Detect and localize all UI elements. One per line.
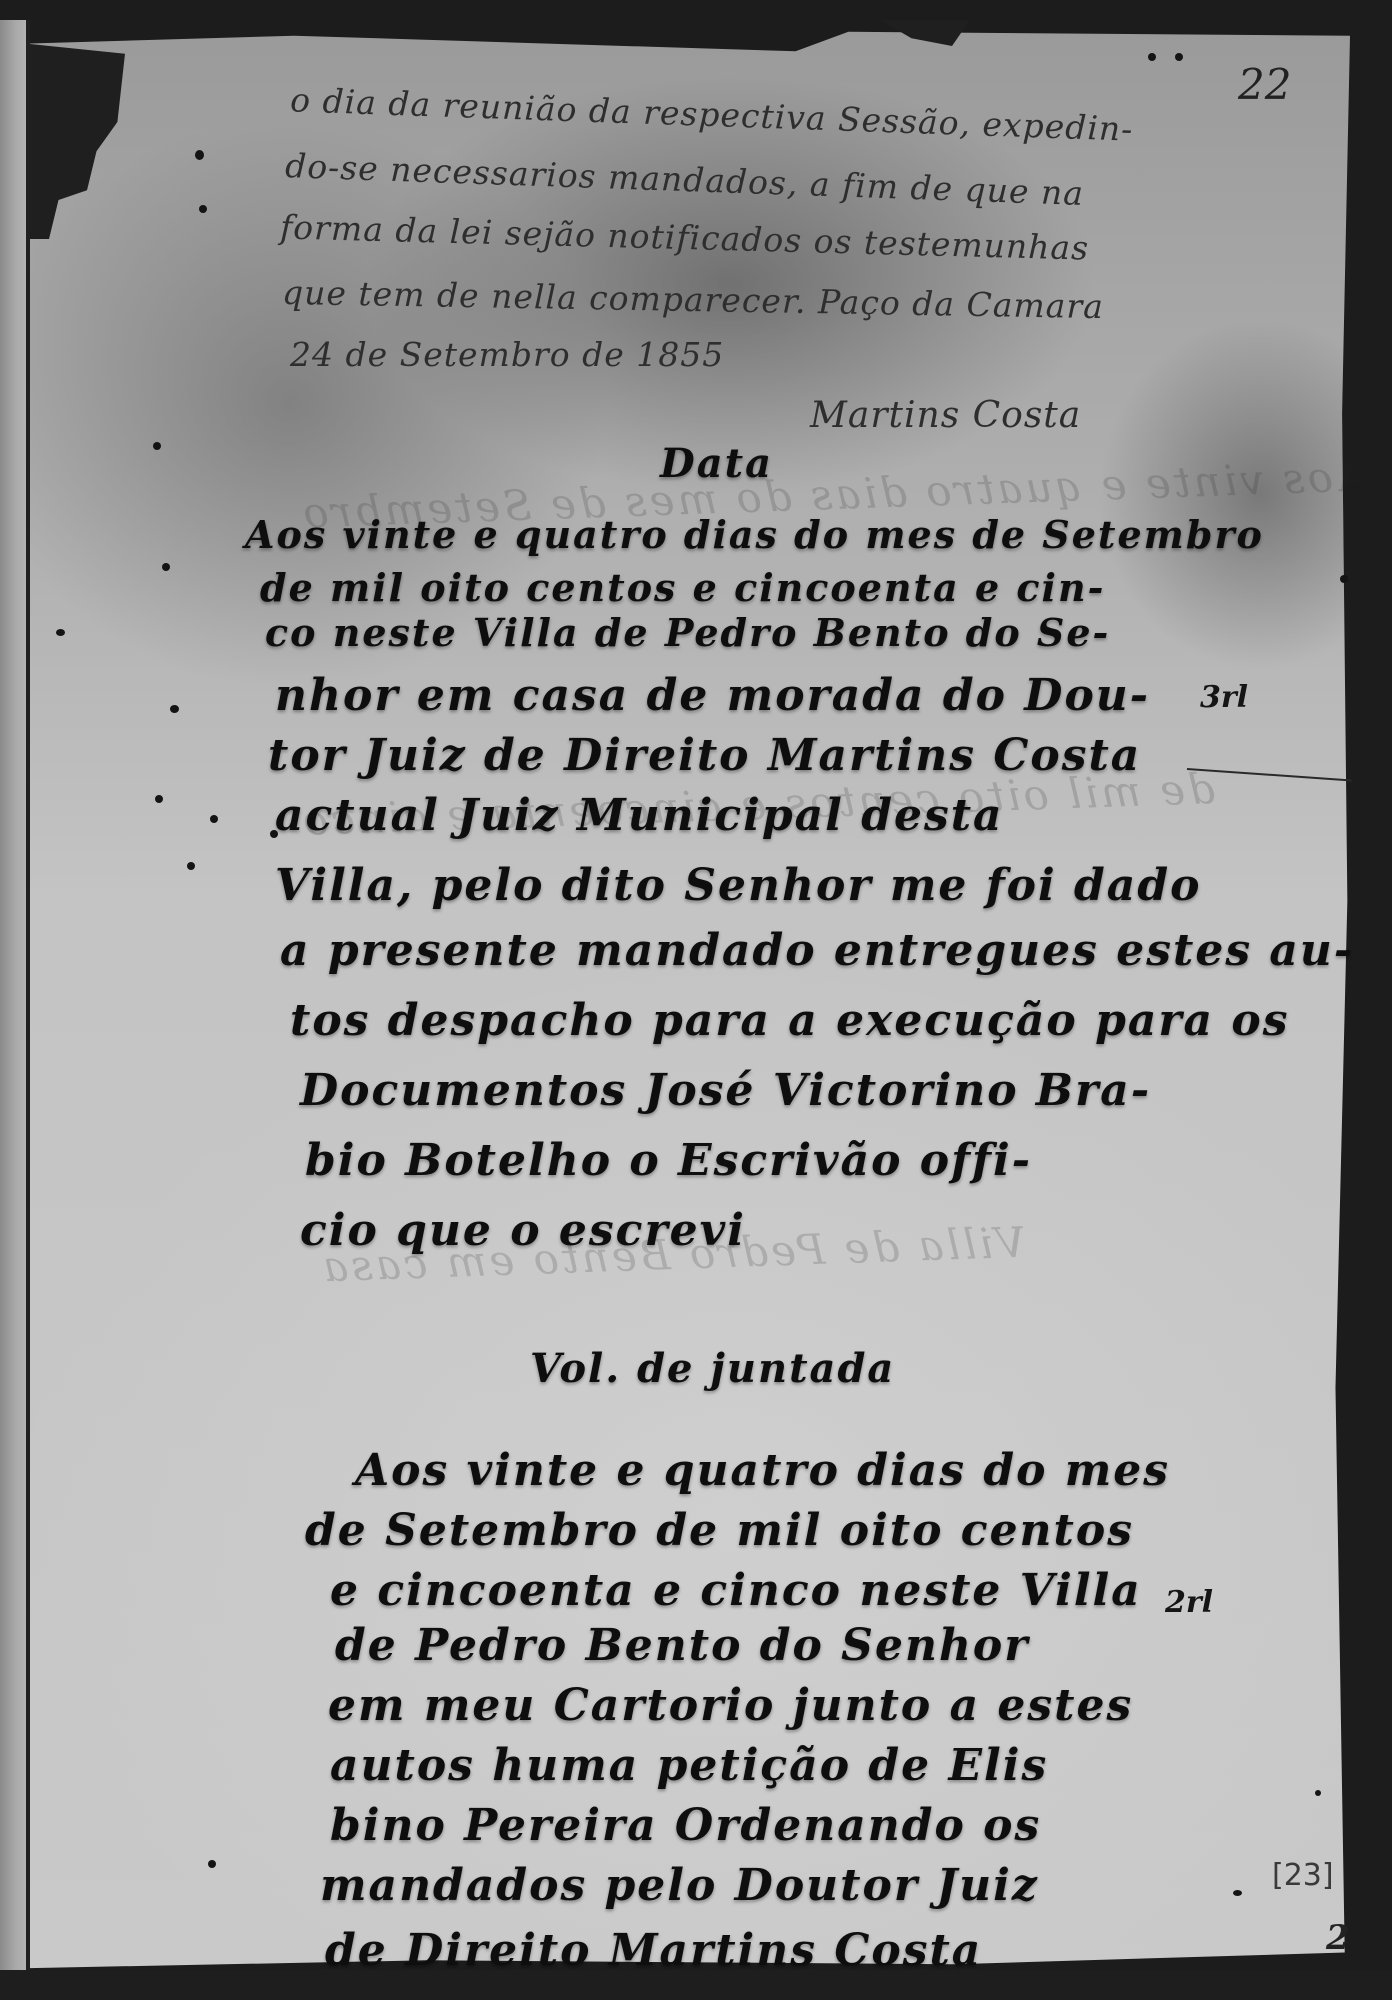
text-line: autos huma petição de Elis: [330, 1740, 1048, 1791]
text-line: em meu Cartorio junto a estes: [328, 1680, 1133, 1731]
ink-spot: [195, 150, 204, 160]
text-line: co neste Villa de Pedro Bento do Se-: [265, 610, 1110, 655]
document-scan: Aos vinte e quatro dias do mes de Setemb…: [0, 0, 1392, 2000]
text-line: de Direito Martins Costa: [325, 1925, 982, 1976]
margin-note: 3rl: [1200, 680, 1248, 715]
text-line: tor Juiz de Direito Martins Costa: [268, 730, 1141, 781]
text-line: a presente mandado entregues estes au-: [280, 925, 1354, 976]
text-line: 24 de Setembro de 1855: [290, 335, 724, 374]
text-line: nhor em casa de morada do Dou-: [275, 670, 1150, 721]
text-line: Aos vinte e quatro dias do mes: [355, 1445, 1170, 1496]
folio-number: 22: [1238, 60, 1291, 109]
text-line: bino Pereira Ordenando os: [330, 1800, 1041, 1851]
text-line: actual Juiz Municipal desta: [275, 790, 1004, 841]
text-line: cio que o escrevi: [300, 1205, 746, 1256]
archive-page-stamp: [23]: [1272, 1858, 1334, 1893]
signature: Martins Costa: [810, 395, 1081, 436]
text-line: mandados pelo Doutor Juiz: [320, 1860, 1039, 1911]
ink-spot: [199, 205, 207, 213]
section-heading: Vol. de juntada: [530, 1345, 895, 1392]
text-line: e cincoenta e cinco neste Villa: [330, 1565, 1142, 1616]
facing-page-edge: [0, 20, 26, 1975]
text-line: de Setembro de mil oito centos: [305, 1505, 1134, 1556]
text-line: de mil oito centos e cincoenta e cin-: [260, 565, 1105, 610]
text-line: Documentos José Victorino Bra-: [300, 1065, 1151, 1116]
text-line: bio Botelho o Escrivão offi-: [305, 1135, 1032, 1186]
ink-spot: [1340, 575, 1348, 583]
ink-spot: [210, 815, 218, 823]
text-line: Villa, pelo dito Senhor me foi dado: [275, 860, 1201, 911]
ink-spot: [187, 862, 195, 870]
text-line: tos despacho para a execução para os: [290, 995, 1290, 1046]
ink-spot: [1175, 53, 1183, 61]
ink-spot: [1233, 1890, 1242, 1896]
margin-note: 2rl: [1165, 1585, 1213, 1620]
ink-spot: [1315, 1790, 1321, 1796]
text-line: de Pedro Bento do Senhor: [335, 1620, 1029, 1671]
ink-spot: [170, 705, 179, 713]
ink-spot: [1148, 53, 1156, 61]
binding-gutter: [26, 20, 30, 1980]
ink-spot: [56, 629, 65, 636]
ink-spot: [208, 1860, 216, 1868]
ink-spot: [162, 563, 170, 571]
ink-spot: [155, 795, 163, 803]
corner-mark: 2: [1326, 1918, 1350, 1958]
text-line: Aos vinte e quatro dias do mes de Setemb…: [245, 512, 1264, 557]
ink-spot: [153, 442, 161, 450]
section-heading: Data: [660, 440, 773, 487]
